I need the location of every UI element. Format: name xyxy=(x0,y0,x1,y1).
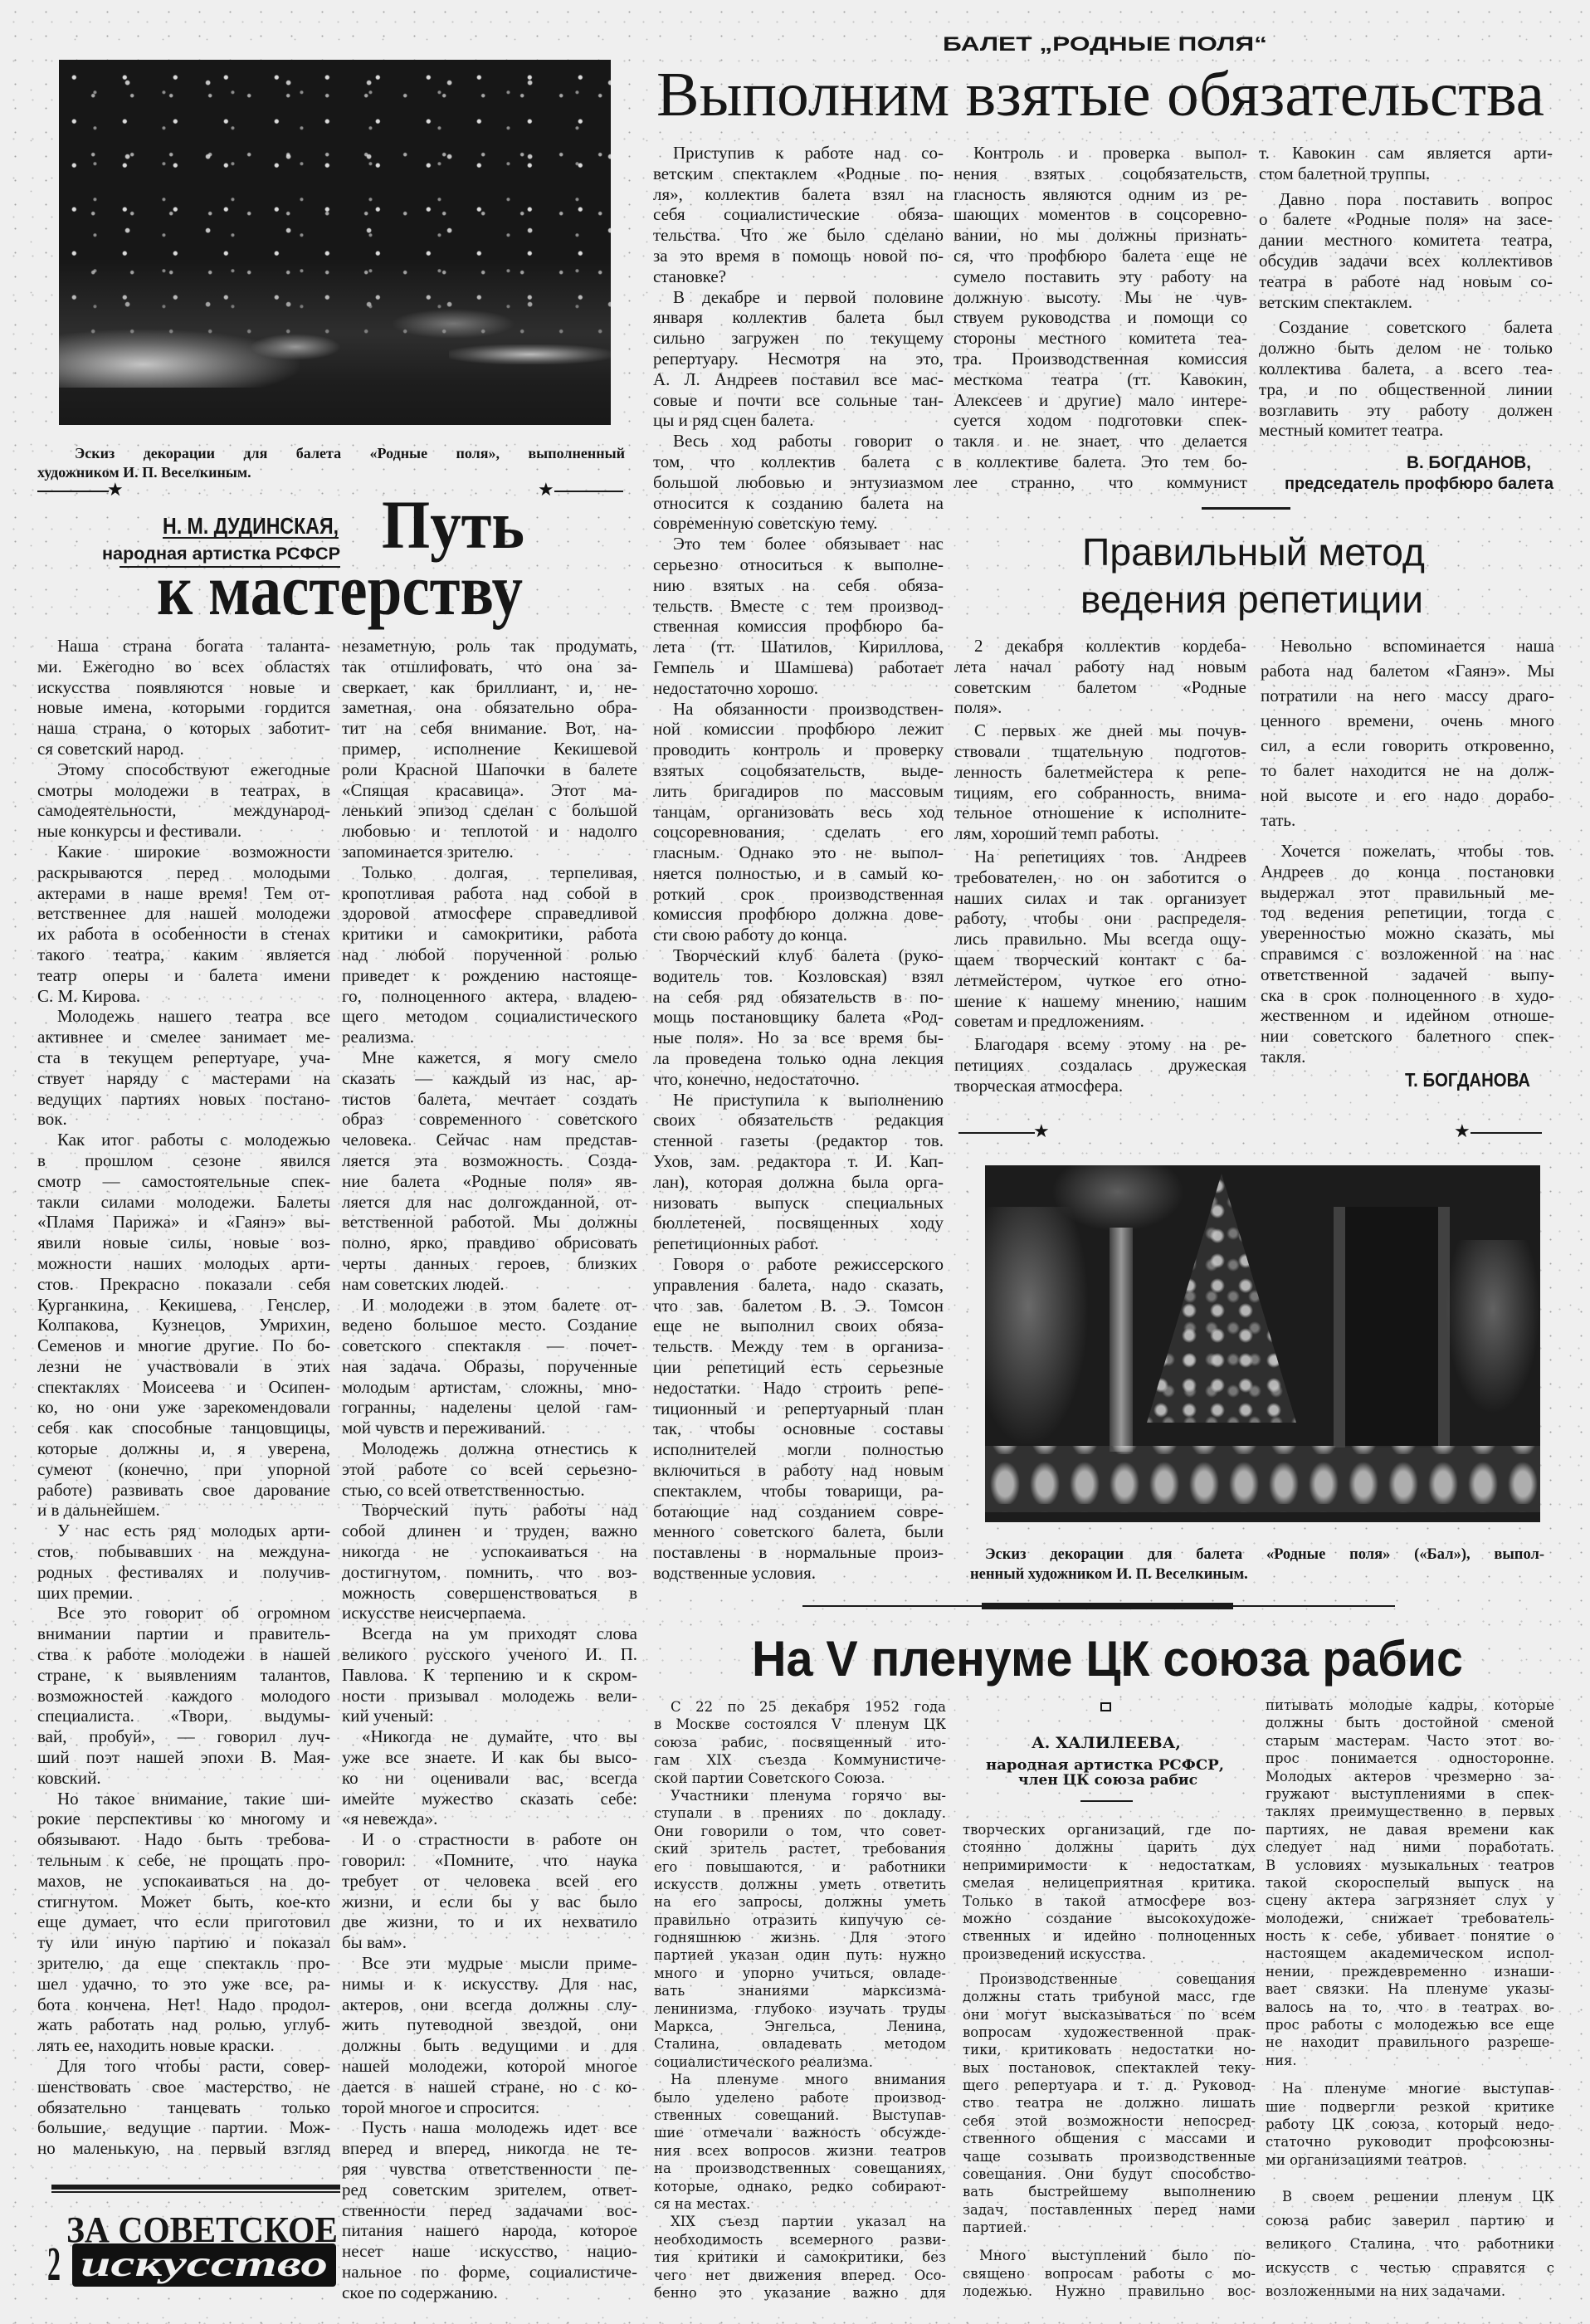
text-line: стов. Прекрасно показали себя xyxy=(37,1274,330,1295)
text-line: стоянно должны царить дух xyxy=(963,1838,1256,1856)
text-line: приведет к рождению настояще- xyxy=(342,965,637,986)
paragraph: В декабре и первой половинеянваря коллек… xyxy=(653,287,944,432)
text-line: сверкает, как бриллиант, и, не- xyxy=(342,677,637,698)
square-ornament-icon xyxy=(1100,1702,1111,1711)
article-column: Приступив к работе над со-ветским спекта… xyxy=(653,143,944,1584)
text-line: нальное по форме, социалистиче- xyxy=(342,2262,637,2282)
text-line: гам XIX съезда Коммунистиче- xyxy=(654,1751,946,1769)
text-line: стенной газеты (редактор тов. xyxy=(653,1130,944,1151)
text-line: тельств. Между тем в организа- xyxy=(653,1336,944,1357)
text-line: ная задача. Образы, порученные xyxy=(342,1356,637,1377)
signature-block: В. БОГДАНОВ, xyxy=(1407,454,1533,471)
signature-title-block: председатель профбюро балета xyxy=(1285,476,1555,492)
paragraph: XIX съезд партии указал нанеобходимость … xyxy=(654,2213,946,2302)
text-line: 2 декабря коллектив кордеба- xyxy=(954,636,1246,657)
author-name: Н. М. ДУДИНСКАЯ, xyxy=(163,515,339,538)
text-line: вых постановок, спектаклей теку- xyxy=(963,2059,1256,2077)
text-line: Пусть наша молодежь идет все xyxy=(342,2117,637,2138)
text-line: цы и ряд сцен балета. xyxy=(653,410,944,431)
text-line: няется полностью, и в самый ко- xyxy=(653,863,944,884)
byline-title-block: народная артистка РСФСР, xyxy=(986,1759,1211,1773)
text-line: Они говорили о том, что совет- xyxy=(654,1823,946,1840)
text-line: и в дальнейшем. xyxy=(37,1500,330,1521)
text-line: социалистического реализма. xyxy=(654,2053,946,2071)
divider-line xyxy=(554,491,623,492)
text-line: Все эти мудрые мысли приме- xyxy=(342,1953,637,1974)
text-line: ствует наряду с мастерами на xyxy=(37,1068,330,1089)
paragraph: питывать молодые кадры, которыедолжны бы… xyxy=(1266,1697,1554,2069)
section-divider-thick xyxy=(982,1603,1233,1609)
byline-underline xyxy=(1080,1800,1133,1802)
text-line: петициях создалась дружеская xyxy=(954,1055,1246,1076)
text-line: ред советским зрителем, ответ- xyxy=(342,2180,637,2200)
text-line: тельное отношение к исполните- xyxy=(954,803,1246,823)
text-line: достигнутом, помнить, что воз- xyxy=(342,1562,637,1583)
text-line: И молодежи в этом балете от- xyxy=(342,1295,637,1316)
text-line: великого Сталина, что работники xyxy=(1266,2233,1554,2257)
text-line: Этому способствуют ежегодные xyxy=(37,759,330,780)
text-line: обсудив задачи всех коллективов xyxy=(1259,251,1553,271)
paragraph: В своем решении пленум ЦКсоюза рабис зав… xyxy=(1266,2185,1554,2304)
author-name: А. ХАЛИЛЕЕВА, xyxy=(1032,1736,1181,1751)
text-line: нашей молодежи, которой многое xyxy=(342,2056,637,2077)
text-line: щего методом социалистического xyxy=(342,1006,637,1027)
text-line: ми организациями театров. xyxy=(1266,2151,1554,2169)
text-line: тициям, его собранность, внима- xyxy=(954,783,1246,803)
text-line: ший поэт нашей эпохи В. Мая- xyxy=(37,1747,330,1768)
text-line: театра в работе над новым со- xyxy=(1259,271,1553,292)
text-line: произведений искусства. xyxy=(963,1946,1256,1963)
article-column: незаметную, роль так продумать,так отшли… xyxy=(342,636,637,2303)
text-line: Создание советского балета xyxy=(1259,317,1553,338)
text-line: совые и почти все сольные тан- xyxy=(653,390,944,411)
text-line: ство театра не должно лишать xyxy=(963,2094,1256,2112)
text-line: нимы и к искусству. Для нас, xyxy=(342,1974,637,1994)
text-line: работу, чтобы они распределя- xyxy=(954,908,1246,929)
text-line: Павлова. К терпению и к скром- xyxy=(342,1665,637,1686)
text-line: поставлены в нормальные произ- xyxy=(653,1542,944,1563)
text-line: На обязанности производствен- xyxy=(653,699,944,720)
text-line: такля. xyxy=(1261,1047,1554,1067)
text-line: сказать — каждый из нас, ар- xyxy=(342,1068,637,1089)
text-line: великого русского ученого И. П. xyxy=(342,1644,637,1665)
text-line: творческих организаций, где по- xyxy=(963,1821,1256,1838)
photo-caption: Эскиз декорации для балета «Родные поля»… xyxy=(37,444,625,482)
text-line: Только в такой атмосфере воз- xyxy=(963,1892,1256,1910)
text-line: стов, побывавших на междуна- xyxy=(37,1541,330,1562)
text-line: тики, критиковать недостатки но- xyxy=(963,2041,1256,2058)
text-line: говорил: «Помните, что наука xyxy=(342,1850,637,1871)
text-line: нии советского балетного спек- xyxy=(1261,1026,1554,1047)
paragraph: Хочется пожелать, чтобы тов.Андреев до к… xyxy=(1261,841,1554,1067)
kicker-block: БАЛЕТ „РОДНЫЕ ПОЛЯ“ xyxy=(943,35,1188,55)
text-line: ступали в прениях по докладу. xyxy=(654,1804,946,1822)
text-line: настоящем академическом испол- xyxy=(1266,1945,1554,1962)
text-line: В условиях музыкальных театров xyxy=(1266,1857,1554,1874)
text-line: ту или иную партию и показал xyxy=(37,1932,330,1953)
text-line: нения взятых соцобязательств, xyxy=(954,164,1247,184)
text-line: поля». xyxy=(954,697,1246,718)
text-line: незаметную, роль так продумать, xyxy=(342,636,637,657)
paragraph: «Никогда не думайте, что выуже все знает… xyxy=(342,1726,637,1829)
text-line: ко, но они уже зарекомендовали xyxy=(37,1397,330,1418)
text-line: ственности перед задачами вос- xyxy=(342,2200,637,2221)
text-line: полно, ярко, правдиво обрисовать xyxy=(342,1233,637,1253)
paragraph: Давно пора поставить вопросо балете «Род… xyxy=(1259,189,1553,313)
text-line: выдержал этот правильный ме- xyxy=(1261,882,1554,903)
text-line: такой скороспелый выпуск на xyxy=(1266,1874,1554,1892)
text-line: шение к нашему мнению, нашим xyxy=(954,991,1246,1012)
paragraph: Эскиз декорации для балета «Родные поля»… xyxy=(970,1545,1544,1584)
paragraph: На обязанности производствен-ной комисси… xyxy=(653,699,944,946)
section-kicker: БАЛЕТ „РОДНЫЕ ПОЛЯ“ xyxy=(943,35,1267,55)
text-line: лета (тт. Шатилов, Кириллова, xyxy=(653,637,944,657)
text-line: Мне кажется, я могу смело xyxy=(342,1047,637,1068)
paragraph: Много выступлений было по-священо вопрос… xyxy=(963,2247,1256,2300)
text-line: уверенностью можно сказать, мы xyxy=(1261,923,1554,944)
text-line: но маленькую, на первый взгляд xyxy=(37,2138,330,2159)
headline-block: ведения репетиции xyxy=(1080,580,1424,618)
text-line: вай, пробуй», — говорил луч- xyxy=(37,1726,330,1747)
text-line: чего нет движения вперед. Осо- xyxy=(654,2267,946,2284)
text-line: вопросам художественной прак- xyxy=(963,2024,1256,2041)
text-line: требователен, но он заботится о xyxy=(954,867,1246,888)
paragraph: Молодежь должна отнестись кэтой работе с… xyxy=(342,1438,637,1500)
text-line: мощь постановщику балета «Род- xyxy=(653,1007,944,1028)
text-line: гружают выступлениями в спек- xyxy=(1266,1785,1554,1803)
text-line: обязывают. Надо быть требова- xyxy=(37,1829,330,1850)
text-line: самодеятельности, международ- xyxy=(37,800,330,821)
text-line: Участники пленума горячо вы- xyxy=(654,1787,946,1804)
text-line: недостатки. Надо строить репе- xyxy=(653,1378,944,1399)
text-line: много и упорно учиться, овладе- xyxy=(654,1965,946,1982)
text-line: активнее и смелее занимает ме- xyxy=(37,1027,330,1047)
text-line: так отшлифовать, что она за- xyxy=(342,657,637,677)
text-line: сти свою работу до конца. xyxy=(653,925,944,945)
text-line: Производственные совещания xyxy=(963,1970,1256,1988)
text-line: ста в текущем репертуаре, уча- xyxy=(37,1047,330,1068)
text-line: смотры молодежи в театрах, в xyxy=(37,780,330,801)
paragraph: Благодаря всему этому на ре-петициях соз… xyxy=(954,1034,1246,1096)
text-line: Маркса, Энгельса, Ленина, xyxy=(654,2018,946,2035)
text-line: художником И. П. Веселкиным. xyxy=(37,463,625,482)
text-line: вать быстрейшему выполнению xyxy=(963,2183,1256,2200)
text-line: Творческий путь работы над xyxy=(342,1500,637,1521)
paragraph: Все это говорит об огромномвнимании парт… xyxy=(37,1603,330,1788)
text-line: мой чувств и переживаний. xyxy=(342,1418,637,1438)
text-line: рокие перспективы ко многому и xyxy=(37,1809,330,1829)
text-line: актерами в наше время! Тем от- xyxy=(37,883,330,904)
text-line: родных фестивалях и получив- xyxy=(37,1562,330,1583)
text-line: стране, к выявлениям талантов, xyxy=(37,1665,330,1686)
text-line: задач, поставленных перед нами xyxy=(963,2201,1256,2219)
text-line: ственная комиссия профбюро ба- xyxy=(653,616,944,637)
text-line: включиться в работу над новым xyxy=(653,1460,944,1481)
text-line: такли силами молодежи. Балеты xyxy=(37,1192,330,1213)
text-line: на себя ряд обязательств в по- xyxy=(653,987,944,1008)
text-line: бота кончена. Нет! Надо продол- xyxy=(37,1994,330,2015)
text-line: что, конечно, недостаточно. xyxy=(653,1069,944,1090)
text-line: С первых же дней мы почув- xyxy=(954,720,1246,741)
text-line: ние балета «Родные поля» яв- xyxy=(342,1171,637,1192)
text-line: ственного общения с массами и xyxy=(963,2130,1256,2147)
photo-caption: Эскиз декорации для балета «Родные поля»… xyxy=(970,1545,1544,1584)
text-line: их работа в особенности в стенах xyxy=(37,924,330,945)
text-line: внимании партии и правитель- xyxy=(37,1623,330,1644)
text-line: запоминается зрителю. xyxy=(342,842,637,862)
text-line: проводить контроль и проверку xyxy=(653,740,944,760)
text-line: своих обязательств редакция xyxy=(653,1110,944,1130)
text-line: тиционный и репертуарный план xyxy=(653,1399,944,1419)
text-line: Семенов и многие другие. По бо- xyxy=(37,1335,330,1356)
photo-doorway xyxy=(1334,1207,1450,1448)
text-line: бы вам». xyxy=(342,1932,637,1953)
article-column: 2 декабря коллектив кордеба-лета начал р… xyxy=(954,636,1246,1096)
text-line: можность совершенствоваться в xyxy=(342,1583,637,1604)
paragraph: незаметную, роль так продумать,так отшли… xyxy=(342,636,637,862)
text-line: сумеют (конечно, при упорной xyxy=(37,1459,330,1480)
text-line: годняшнюю жизнь. Для этого xyxy=(654,1929,946,1946)
signature-name: Т. БОГДАНОВА xyxy=(1405,1071,1530,1090)
text-line: статочно руководит профсоюзны- xyxy=(1266,2133,1554,2151)
text-line: актеров, они всегда должны слу- xyxy=(342,1994,637,2015)
text-line: лезни не участвовали в этих xyxy=(37,1356,330,1377)
text-line: этой работе со всей серьезно- xyxy=(342,1459,637,1480)
text-line: работа над балетом «Гаянэ». Мы xyxy=(1261,658,1554,683)
text-line: советам и предложениям. xyxy=(954,1011,1246,1032)
text-line: ся на местах. xyxy=(654,2195,946,2213)
text-line: ляется эта возможность. Созда- xyxy=(342,1150,637,1171)
text-line: водственные условия. xyxy=(653,1563,944,1584)
headline-line-1: Путь xyxy=(382,491,524,559)
text-line: наших силах и так организует xyxy=(954,888,1246,909)
text-line: прос работы с молодежью все еще xyxy=(1266,2016,1554,2033)
text-line: ведено большое место. Создание xyxy=(342,1315,637,1335)
text-line: гогранны, наделены целой гам- xyxy=(342,1397,637,1418)
text-line: искусства появляются новые и xyxy=(37,677,330,698)
text-line: ляется для нас долгожданной, от- xyxy=(342,1192,637,1213)
text-line: театр оперы и балета имени xyxy=(37,965,330,986)
photo-left-wall xyxy=(985,1207,1093,1456)
byline-block: А. ХАЛИЛЕЕВА, xyxy=(1032,1736,1179,1751)
text-line: лись правильно. Мы всегда ощу- xyxy=(954,929,1246,950)
text-line: жественном и идейном отноше- xyxy=(1261,1005,1554,1026)
text-line: Но такое внимание, такие ши- xyxy=(37,1789,330,1809)
text-line: С. М. Кирова. xyxy=(37,986,330,1007)
star-icon: ★ xyxy=(538,481,554,500)
text-line: Благодаря всему этому на ре- xyxy=(954,1034,1246,1055)
text-line: Хочется пожелать, чтобы тов. xyxy=(1261,841,1554,862)
text-line: торой многое и спросится. xyxy=(342,2097,637,2118)
author-title-2: член ЦК союза рабис xyxy=(1018,1774,1197,1788)
text-line: соцсоревнования, сделать его xyxy=(653,822,944,842)
text-line: ствуем руководства и помощи со xyxy=(954,307,1247,328)
paragraph: Этому способствуют ежегодныесмотры молод… xyxy=(37,759,330,842)
text-line: Как итог работы с молодежью xyxy=(37,1130,330,1150)
text-line: необходимость всемерного разви- xyxy=(654,2231,946,2248)
text-line: В своем решении пленум ЦК xyxy=(1266,2185,1554,2209)
text-line: роли Красной Шапочки в балете xyxy=(342,759,637,780)
divider-line xyxy=(37,491,109,492)
article-column: Контроль и проверка выпол-нения взятых с… xyxy=(954,143,1247,493)
text-line: человека. Сейчас нам представ- xyxy=(342,1130,637,1150)
text-line: в прошлом сезоне явился xyxy=(37,1150,330,1171)
text-line: суется ходом подготовки спек- xyxy=(954,410,1247,431)
text-line: чаще созывать производственные xyxy=(963,2148,1256,2165)
text-line: две жизни, то и их нехватило xyxy=(342,1911,637,1932)
text-line: ленинизма, глубоко изучать труды xyxy=(654,2000,946,2018)
text-line: несет наше искусство, нацио- xyxy=(342,2241,637,2262)
paragraph: Молодежь нашего театра всеактивнее и сме… xyxy=(37,1006,330,1130)
text-line: должны быть ведущими и для xyxy=(342,2035,637,2056)
text-line: ственных совещаний. Выступав- xyxy=(654,2107,946,2124)
text-line: В декабре и первой половине xyxy=(653,287,944,308)
text-line: ска в срок полноценного в худо- xyxy=(1261,985,1554,1006)
paragraph: Весь ход работы говорит отом, что коллек… xyxy=(653,431,944,534)
text-line: ные поля». Но за все время бы- xyxy=(653,1028,944,1048)
text-line: шие отмечали важность обсужде- xyxy=(654,2124,946,2141)
text-line: явили новые силы, новые воз- xyxy=(37,1233,330,1253)
text-line: лям, хороший темп работы. xyxy=(954,823,1246,844)
text-line: любовью и теплотой и надолго xyxy=(342,821,637,842)
text-line: молодым артистам, сложны, мно- xyxy=(342,1377,637,1398)
paragraph: Производственные совещаниядолжны стать т… xyxy=(963,1970,1256,2237)
text-line: гласность являются одним из ре- xyxy=(954,184,1247,205)
text-line: партиях, не давая времени как xyxy=(1266,1821,1554,1838)
text-line: союза рабис, посвященный ито- xyxy=(654,1734,946,1751)
text-line: о балете «Родные поля» на засе- xyxy=(1259,209,1553,230)
text-line: относится к созданию балета на xyxy=(653,493,944,514)
headline: Выполним взятые обязательства xyxy=(656,63,1544,126)
paragraph: Создание советского балетадолжно быть де… xyxy=(1259,317,1553,441)
article-column: т. Кавокин сам является арти-стом балетн… xyxy=(1259,143,1553,441)
text-line: смотр — самостоятельные спек- xyxy=(37,1171,330,1192)
text-line: ности призывал молодежь вели- xyxy=(342,1686,637,1706)
text-line: дании местного комитета театра, xyxy=(1259,230,1553,251)
text-line: вок. xyxy=(37,1109,330,1130)
text-line: такля и не знает, что делается xyxy=(954,431,1247,452)
text-line: лодежью. Нужно правильно вос- xyxy=(963,2282,1256,2300)
text-line: Ухов, зам. редактора т. И. Кап- xyxy=(653,1151,944,1172)
text-line: что зав. балетом В. Э. Томсон xyxy=(653,1296,944,1316)
text-line: искусств с честью справятся с xyxy=(1266,2257,1554,2281)
text-line: возложенными на них задачами. xyxy=(1266,2280,1554,2304)
text-line: на его запросы, должны уметь xyxy=(654,1893,946,1911)
text-line: Молодежь нашего театра все xyxy=(37,1006,330,1027)
text-line: большой любовью и энтузиазмом xyxy=(653,472,944,493)
text-line: в коллективе балета. Это тем бо- xyxy=(954,452,1247,472)
text-line: валось на то, что в театрах во- xyxy=(1266,1999,1554,2016)
text-line: не находит правильного разреше- xyxy=(1266,2033,1554,2051)
text-line: должно быть делом не только xyxy=(1259,338,1553,359)
author-title-1: народная артистка РСФСР, xyxy=(986,1759,1224,1773)
text-line: тит на себя внимание. Вот, на- xyxy=(342,718,637,739)
text-line: должную высоту. Мы не чув- xyxy=(954,287,1247,308)
divider-line xyxy=(958,1132,1035,1134)
text-line: нам советских людей. xyxy=(342,1274,637,1295)
paragraph: На пленуме многие выступав-шие подвергли… xyxy=(1266,2080,1554,2169)
text-line: кропотливая работа над собой в xyxy=(342,883,637,904)
text-line: ные конкурсы и фестивали. xyxy=(37,821,330,842)
text-line: комиссия профбюро должна дове- xyxy=(653,904,944,925)
text-line: ствовали тщательную подготов- xyxy=(954,741,1246,762)
text-line: Молодежь должна отнестись к xyxy=(342,1438,637,1459)
masthead-rule-thin xyxy=(51,2191,340,2193)
text-line: низовать выпуск специальных xyxy=(653,1193,944,1213)
text-line: Всегда на ум приходят слова xyxy=(342,1623,637,1644)
text-line: таклях преимущественно в первых xyxy=(1266,1803,1554,1820)
text-line: вает связки. На пленуме указы- xyxy=(1266,1980,1554,1998)
paragraph: С первых же дней мы почув-ствовали тщате… xyxy=(954,720,1246,844)
text-line: репетиционных работ. xyxy=(653,1233,944,1254)
text-line: ленность балетмейстера к репе- xyxy=(954,762,1246,783)
text-line: так, чтобы основные составы xyxy=(653,1418,944,1439)
paragraph: На репетициях тов. Андреевтребователен, … xyxy=(954,847,1246,1032)
text-line: лан), которая должна была орга- xyxy=(653,1172,944,1193)
photo-right-wall xyxy=(1446,1240,1540,1414)
text-line: должны стать трибуной масс, где xyxy=(963,1988,1256,2005)
text-line: щаем творческий контакт с ба- xyxy=(954,950,1246,970)
text-line: заметная, она обязательно обра- xyxy=(342,697,637,718)
text-line: тельным к себе, не прощать про- xyxy=(37,1850,330,1871)
paragraph: С 22 по 25 декабря 1952 годав Москве сос… xyxy=(654,1698,946,1787)
paragraph: Мне кажется, я могу смелосказать — кажды… xyxy=(342,1047,637,1295)
text-line: сильно загружен по текущему xyxy=(653,328,944,349)
article-column: Наша страна богата таланта-ми. Ежегодно … xyxy=(37,636,330,2159)
text-line: партией указан один путь: нужно xyxy=(654,1946,946,1964)
paragraph: 2 декабря коллектив кордеба-лета начал р… xyxy=(954,636,1246,718)
headline-line-2: ведения репетиции xyxy=(1080,580,1423,618)
headline-line-1: Правильный метод xyxy=(1082,533,1425,571)
text-line: т. Кавокин сам является арти- xyxy=(1259,143,1553,164)
text-line: становке? xyxy=(653,266,944,287)
text-line: ность к себе, убивает понятие о xyxy=(1266,1927,1554,1945)
text-line: раскрываются перед молодыми xyxy=(37,862,330,883)
text-line: зрителю, да еще спектакль про- xyxy=(37,1953,330,1974)
paragraph: Творческий путь работы надсобой длинен и… xyxy=(342,1500,637,1623)
text-line: питания нашего народа, которое xyxy=(342,2220,637,2241)
text-line: Не приступила к выполнению xyxy=(653,1090,944,1111)
text-line: возглавить эту работу должен xyxy=(1259,400,1553,421)
text-line: уже все знаете. И как бы высо- xyxy=(342,1747,637,1768)
text-line: еще не выполнил своих обяза- xyxy=(653,1316,944,1336)
text-line: за это время в помощь новой по- xyxy=(653,246,944,266)
text-line: шающих моментов в соцсоревно- xyxy=(954,204,1247,225)
photo-light-band xyxy=(250,334,341,360)
text-line: нении, преждевременно изнаши- xyxy=(1266,1963,1554,1980)
paragraph: Всегда на ум приходят словавеликого русс… xyxy=(342,1623,637,1726)
text-line: которые должны и, я уверена, xyxy=(37,1438,330,1459)
text-line: том, что коллектив балета с xyxy=(653,452,944,472)
paragraph: На пленуме много вниманиябыло уделено ра… xyxy=(654,2071,946,2213)
text-line: здоровой атмосфере справедливой xyxy=(342,903,637,924)
text-line: коллектива балета, а всего теа- xyxy=(1259,359,1553,379)
text-line: Наша страна богата таланта- xyxy=(37,636,330,657)
text-line: XIX съезд партии указал на xyxy=(654,2213,946,2230)
text-line: священо вопросам работы с мо- xyxy=(963,2265,1256,2282)
text-line: репертуару. Несмотря на это, xyxy=(653,349,944,369)
text-line: можности наших молодых арти- xyxy=(37,1253,330,1274)
divider-line xyxy=(1471,1132,1542,1134)
text-line: тод ведения репетиции, тогда с xyxy=(1261,902,1554,923)
text-line: черты данных героев, близких xyxy=(342,1253,637,1274)
text-line: искусств должны уметь ответить xyxy=(654,1876,946,1893)
text-line: Сталина, овладевать методом xyxy=(654,2035,946,2053)
byline-block: Н. М. ДУДИНСКАЯ, xyxy=(163,515,376,538)
text-line: ской партии Советского Союза. xyxy=(654,1770,946,1787)
text-line: И о страстности в работе он xyxy=(342,1829,637,1850)
text-line: ненный художником И. П. Веселкиным. xyxy=(970,1565,1544,1584)
